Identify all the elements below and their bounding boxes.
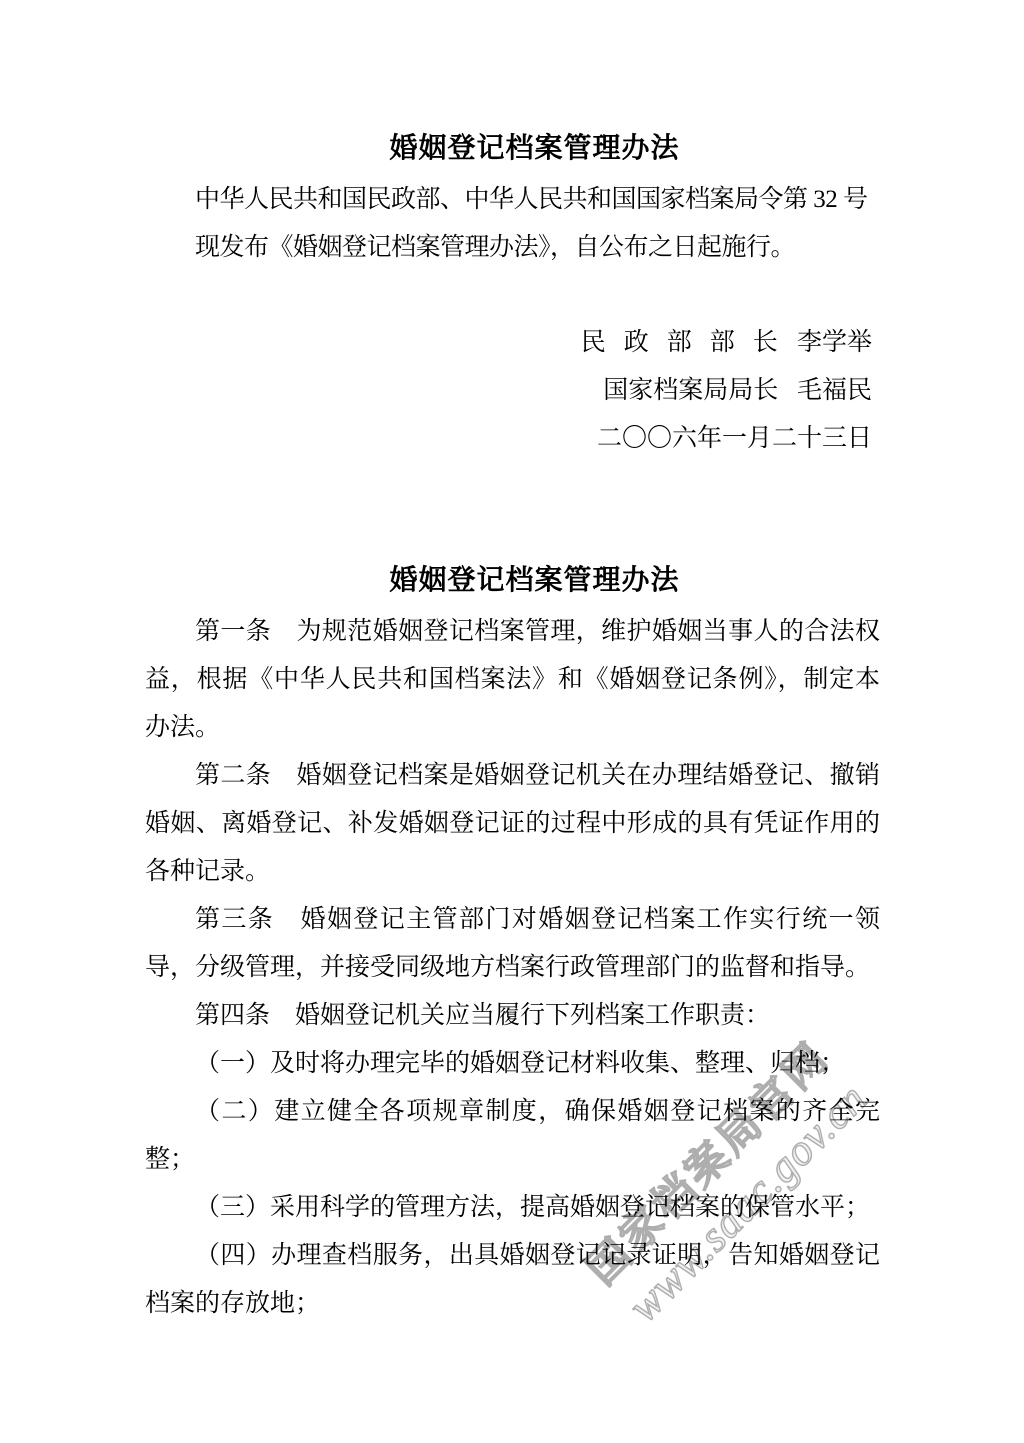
- preamble: 中华人民共和国民政部、中华人民共和国国家档案局令第 32 号 现发布《婚姻登记档…: [145, 176, 880, 272]
- body-paragraph: （四）办理查档服务，出具婚姻登记记录证明，告知婚姻登记档案的存放地；: [145, 1232, 880, 1328]
- body-paragraph: （二）建立健全各项规章制度，确保婚姻登记档案的齐全完整；: [145, 1088, 880, 1184]
- signature-office: 民政部部长: [581, 329, 796, 356]
- body-title: 婚姻登记档案管理办法: [145, 560, 880, 600]
- document-page: 国家档案局官网 www.saac.gov.cn 婚姻登记档案管理办法 中华人民共…: [0, 0, 1024, 1443]
- preamble-line: 中华人民共和国民政部、中华人民共和国国家档案局令第 32 号: [145, 176, 880, 224]
- signature-line: 国家档案局局长毛福民: [145, 367, 872, 415]
- body-paragraph: 第一条 为规范婚姻登记档案管理，维护婚姻当事人的合法权益，根据《中华人民共和国档…: [145, 608, 880, 752]
- body-paragraph: 第二条 婚姻登记档案是婚姻登记机关在办理结婚登记、撤销婚姻、离婚登记、补发婚姻登…: [145, 752, 880, 896]
- signature-office: 国家档案局局长: [603, 377, 778, 404]
- signature-name: 毛福民: [797, 377, 872, 404]
- document-body: 第一条 为规范婚姻登记档案管理，维护婚姻当事人的合法权益，根据《中华人民共和国档…: [145, 608, 880, 1328]
- body-paragraph: （三）采用科学的管理方法，提高婚姻登记档案的保管水平；: [145, 1184, 880, 1232]
- body-paragraph: 第三条 婚姻登记主管部门对婚姻登记档案工作实行统一领导，分级管理，并接受同级地方…: [145, 896, 880, 992]
- signature-block: 民政部部长李学举 国家档案局局长毛福民 二〇〇六年一月二十三日: [145, 319, 880, 463]
- document-content: 婚姻登记档案管理办法 中华人民共和国民政部、中华人民共和国国家档案局令第 32 …: [0, 0, 1024, 1328]
- document-title: 婚姻登记档案管理办法: [145, 128, 880, 168]
- signature-name: 李学举: [797, 329, 872, 356]
- body-paragraph: （一）及时将办理完毕的婚姻登记材料收集、整理、归档；: [145, 1040, 880, 1088]
- signature-date: 二〇〇六年一月二十三日: [145, 415, 872, 463]
- body-paragraph: 第四条 婚姻登记机关应当履行下列档案工作职责：: [145, 992, 880, 1040]
- preamble-line: 现发布《婚姻登记档案管理办法》，自公布之日起施行。: [145, 224, 880, 272]
- signature-line: 民政部部长李学举: [145, 319, 872, 367]
